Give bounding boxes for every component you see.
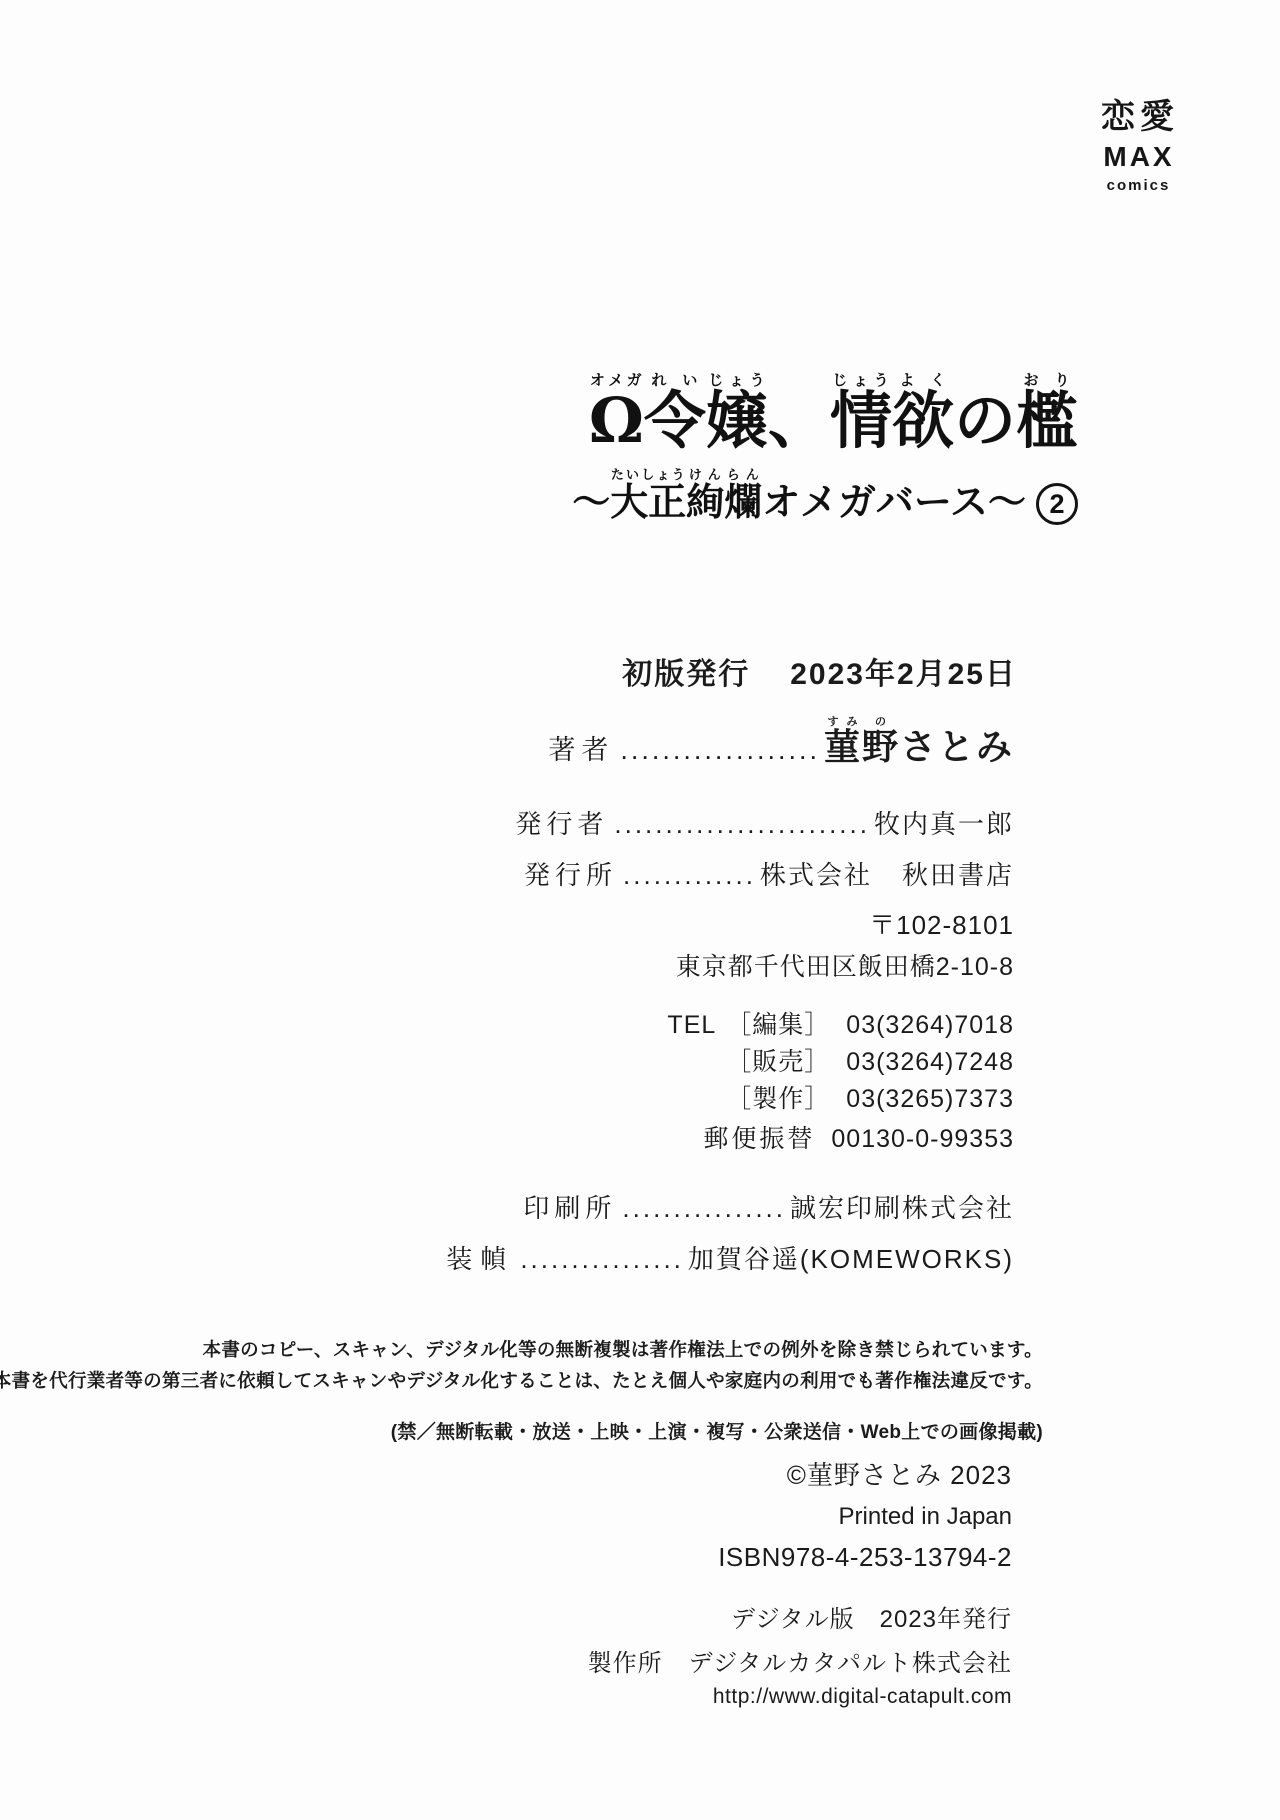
tel-dept: ［編集］ [726, 1010, 830, 1040]
digital-maker-label: 製作所 [588, 1650, 663, 1677]
dot-leader: ......................... [614, 809, 870, 839]
author-row: 著者...................菫すみ野のさとみ [446, 716, 1014, 770]
tel-dept: ［販売］ [726, 1047, 830, 1077]
tel-dept: ［製作］ [726, 1084, 830, 1114]
tel-number: 03(3265)7373 [846, 1084, 1014, 1114]
edition-label: 初版発行 [622, 658, 750, 691]
publisher-person-name: 牧内真一郎 [874, 809, 1014, 839]
tel-label: TEL [667, 1010, 716, 1040]
legal-ban-line: (禁／無断転載・放送・上映・上演・複写・公衆送信・Web上での画像掲載) [0, 1417, 1043, 1448]
digital-maker-name: デジタルカタパルト株式会社 [689, 1650, 1012, 1677]
legal-line-1: 本書のコピー、スキャン、デジタル化等の無断複製は著作権法上での例外を除き禁じられ… [0, 1334, 1043, 1365]
printer-name: 誠宏印刷株式会社 [790, 1193, 1014, 1223]
publisher-company-name: 秋田書店 [902, 860, 1014, 890]
postal-code: 〒102-8101 [446, 908, 1014, 942]
legal-notice: 本書のコピー、スキャン、デジタル化等の無断複製は著作権法上での例外を除き禁じられ… [0, 1334, 1043, 1448]
edition-line: 初版発行2023年2月25日 [622, 649, 1017, 693]
publisher-company-row: 発行所.............株式会社秋田書店 [446, 857, 1014, 893]
renai-max-comics-logo: 恋愛 MAX comics [1101, 100, 1174, 193]
design-row: 装幀................加賀谷遥(KOMEWORKS) [446, 1241, 1014, 1277]
printed-in-japan: Printed in Japan [588, 1503, 1012, 1531]
designer-name: 加賀谷遥(KOMEWORKS) [688, 1244, 1014, 1274]
book-subtitle: ～大正たいしょう絢爛けんらんオメガバース～2 [572, 467, 1078, 525]
dot-leader: ................... [620, 735, 820, 765]
tel-number: 03(3264)7018 [846, 1010, 1014, 1040]
tel-number: 03(3264)7248 [846, 1047, 1014, 1077]
publisher-person-row: 発行者.........................牧内真一郎 [446, 806, 1014, 842]
colophon-page: 恋愛 MAX comics Ωオメガ令れい嬢じょう、情じょう欲よくの檻おり ～大… [0, 0, 1280, 1820]
logo-comics: comics [1101, 178, 1176, 193]
edition-date: 2023年2月25日 [790, 658, 1017, 691]
publisher-company-prefix: 株式会社 [760, 860, 872, 890]
postal-transfer-label: 郵便振替 [703, 1124, 815, 1154]
credits-block: 著者...................菫すみ野のさとみ 発行者.......… [446, 716, 1014, 1292]
dot-leader: ................ [622, 1193, 786, 1223]
bottom-block: ©菫野さとみ 2023 Printed in Japan ISBN978-4-2… [588, 1455, 1012, 1709]
title-block: Ωオメガ令れい嬢じょう、情じょう欲よくの檻おり ～大正たいしょう絢爛けんらんオメ… [572, 372, 1078, 525]
book-title: Ωオメガ令れい嬢じょう、情じょう欲よくの檻おり [572, 372, 1078, 453]
author-label: 著者 [548, 735, 614, 765]
tel-row-sales: ［販売］ 03(3264)7248 [446, 1047, 1014, 1077]
logo-max: MAX [1101, 143, 1177, 171]
printer-row: 印刷所................誠宏印刷株式会社 [446, 1190, 1014, 1226]
postal-transfer-row: 郵便振替 00130-0-99353 [446, 1124, 1014, 1154]
printer-label: 印刷所 [523, 1193, 616, 1223]
tel-row-editorial: TEL ［編集］ 03(3264)7018 [446, 1010, 1014, 1040]
book-subtitle-text: ～大正たいしょう絢爛けんらんオメガバース～ [572, 479, 1026, 524]
publisher-company-label: 発行所 [524, 860, 617, 890]
postal-transfer-number: 00130-0-99353 [831, 1124, 1014, 1154]
tel-row-production: ［製作］ 03(3265)7373 [446, 1084, 1014, 1114]
copyright-line: ©菫野さとみ 2023 [588, 1455, 1012, 1492]
digital-edition-line: デジタル版 2023年発行 [588, 1599, 1012, 1634]
volume-badge: 2 [1036, 483, 1078, 525]
isbn: ISBN978-4-253-13794-2 [588, 1542, 1012, 1573]
dot-leader: ............. [623, 860, 756, 890]
design-label: 装幀 [446, 1244, 514, 1274]
publisher-address: 東京都千代田区飯田橋2-10-8 [446, 950, 1014, 984]
publisher-person-label: 発行者 [515, 809, 608, 839]
digital-maker-row: 製作所デジタルカタパルト株式会社 [588, 1643, 1012, 1678]
legal-line-2: 本書を代行業者等の第三者に依頼してスキャンやデジタル化することは、たとえ個人や家… [0, 1365, 1043, 1396]
logo-kanji: 恋愛 [1101, 100, 1179, 134]
author-name: 菫すみ野のさとみ [824, 726, 1014, 767]
dot-leader: ................ [520, 1244, 684, 1274]
digital-maker-url: http://www.digital-catapult.com [588, 1685, 1012, 1709]
